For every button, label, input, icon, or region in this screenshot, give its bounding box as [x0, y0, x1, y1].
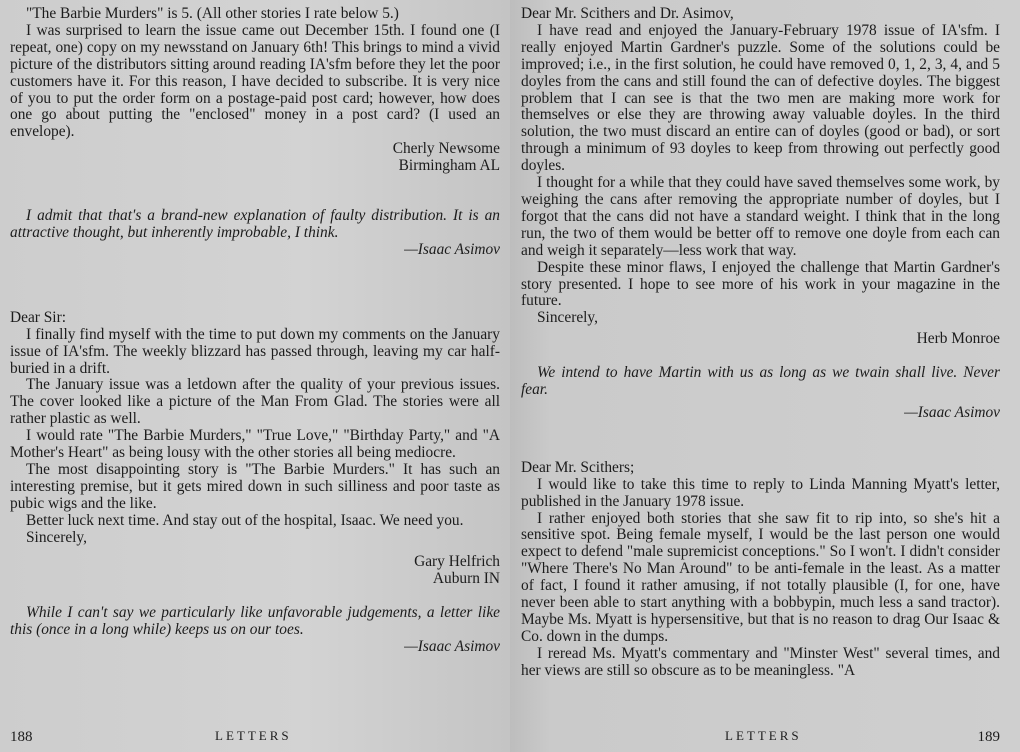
letter-paragraph: I thought for a while that they could ha… [521, 175, 1000, 260]
editor-signature: —Isaac Asimov [10, 242, 500, 259]
letter-closing: Sincerely, [10, 530, 500, 547]
letter-paragraph: "The Barbie Murders" is 5. (All other st… [10, 6, 500, 23]
letter-salutation: Dear Mr. Scithers and Dr. Asimov, [521, 6, 1000, 23]
letter-paragraph: I was surprised to learn the issue came … [10, 23, 500, 141]
letter-paragraph: Despite these minor flaws, I enjoyed the… [521, 260, 1000, 311]
spacer [10, 259, 500, 310]
left-page: "The Barbie Murders" is 5. (All other st… [0, 0, 510, 752]
page-number: 189 [978, 729, 1001, 746]
letter-paragraph: Better luck next time. And stay out of t… [10, 513, 500, 530]
editor-signature: —Isaac Asimov [521, 405, 1000, 422]
editor-signature: —Isaac Asimov [10, 639, 500, 656]
spacer [10, 175, 500, 208]
signature-location: Auburn IN [10, 571, 500, 588]
magazine-spread: "The Barbie Murders" is 5. (All other st… [0, 0, 1020, 752]
editor-reply: While I can't say we particularly like u… [10, 605, 500, 639]
letter-paragraph: The most disappointing story is "The Bar… [10, 462, 500, 513]
signature-name: Herb Monroe [521, 331, 1000, 348]
spacer [521, 348, 1000, 365]
signature-location: Birmingham AL [10, 158, 500, 175]
letter-paragraph: The January issue was a letdown after th… [10, 377, 500, 428]
letter-paragraph: I have read and enjoyed the January-Febr… [521, 23, 1000, 175]
signature-name: Cherly Newsome [10, 141, 500, 158]
editor-reply: I admit that that's a brand-new explanat… [10, 208, 500, 242]
letter-closing: Sincerely, [521, 310, 1000, 327]
editor-reply: We intend to have Martin with us as long… [521, 365, 1000, 399]
letter-paragraph: I would like to take this time to reply … [521, 477, 1000, 511]
signature-name: Gary Helfrich [10, 554, 500, 571]
page-number: 188 [10, 729, 33, 746]
right-page: Dear Mr. Scithers and Dr. Asimov, I have… [510, 0, 1020, 752]
letter-salutation: Dear Sir: [10, 310, 500, 327]
spacer [521, 422, 1000, 460]
letter-paragraph: I would rate "The Barbie Murders," "True… [10, 428, 500, 462]
letter-paragraph: I reread Ms. Myatt's commentary and "Min… [521, 646, 1000, 680]
letter-paragraph: I finally find myself with the time to p… [10, 327, 500, 378]
letter-salutation: Dear Mr. Scithers; [521, 460, 1000, 477]
running-head: LETTERS [215, 728, 292, 745]
spacer [10, 588, 500, 605]
letter-paragraph: I rather enjoyed both stories that she s… [521, 511, 1000, 646]
running-head: LETTERS [725, 728, 802, 745]
